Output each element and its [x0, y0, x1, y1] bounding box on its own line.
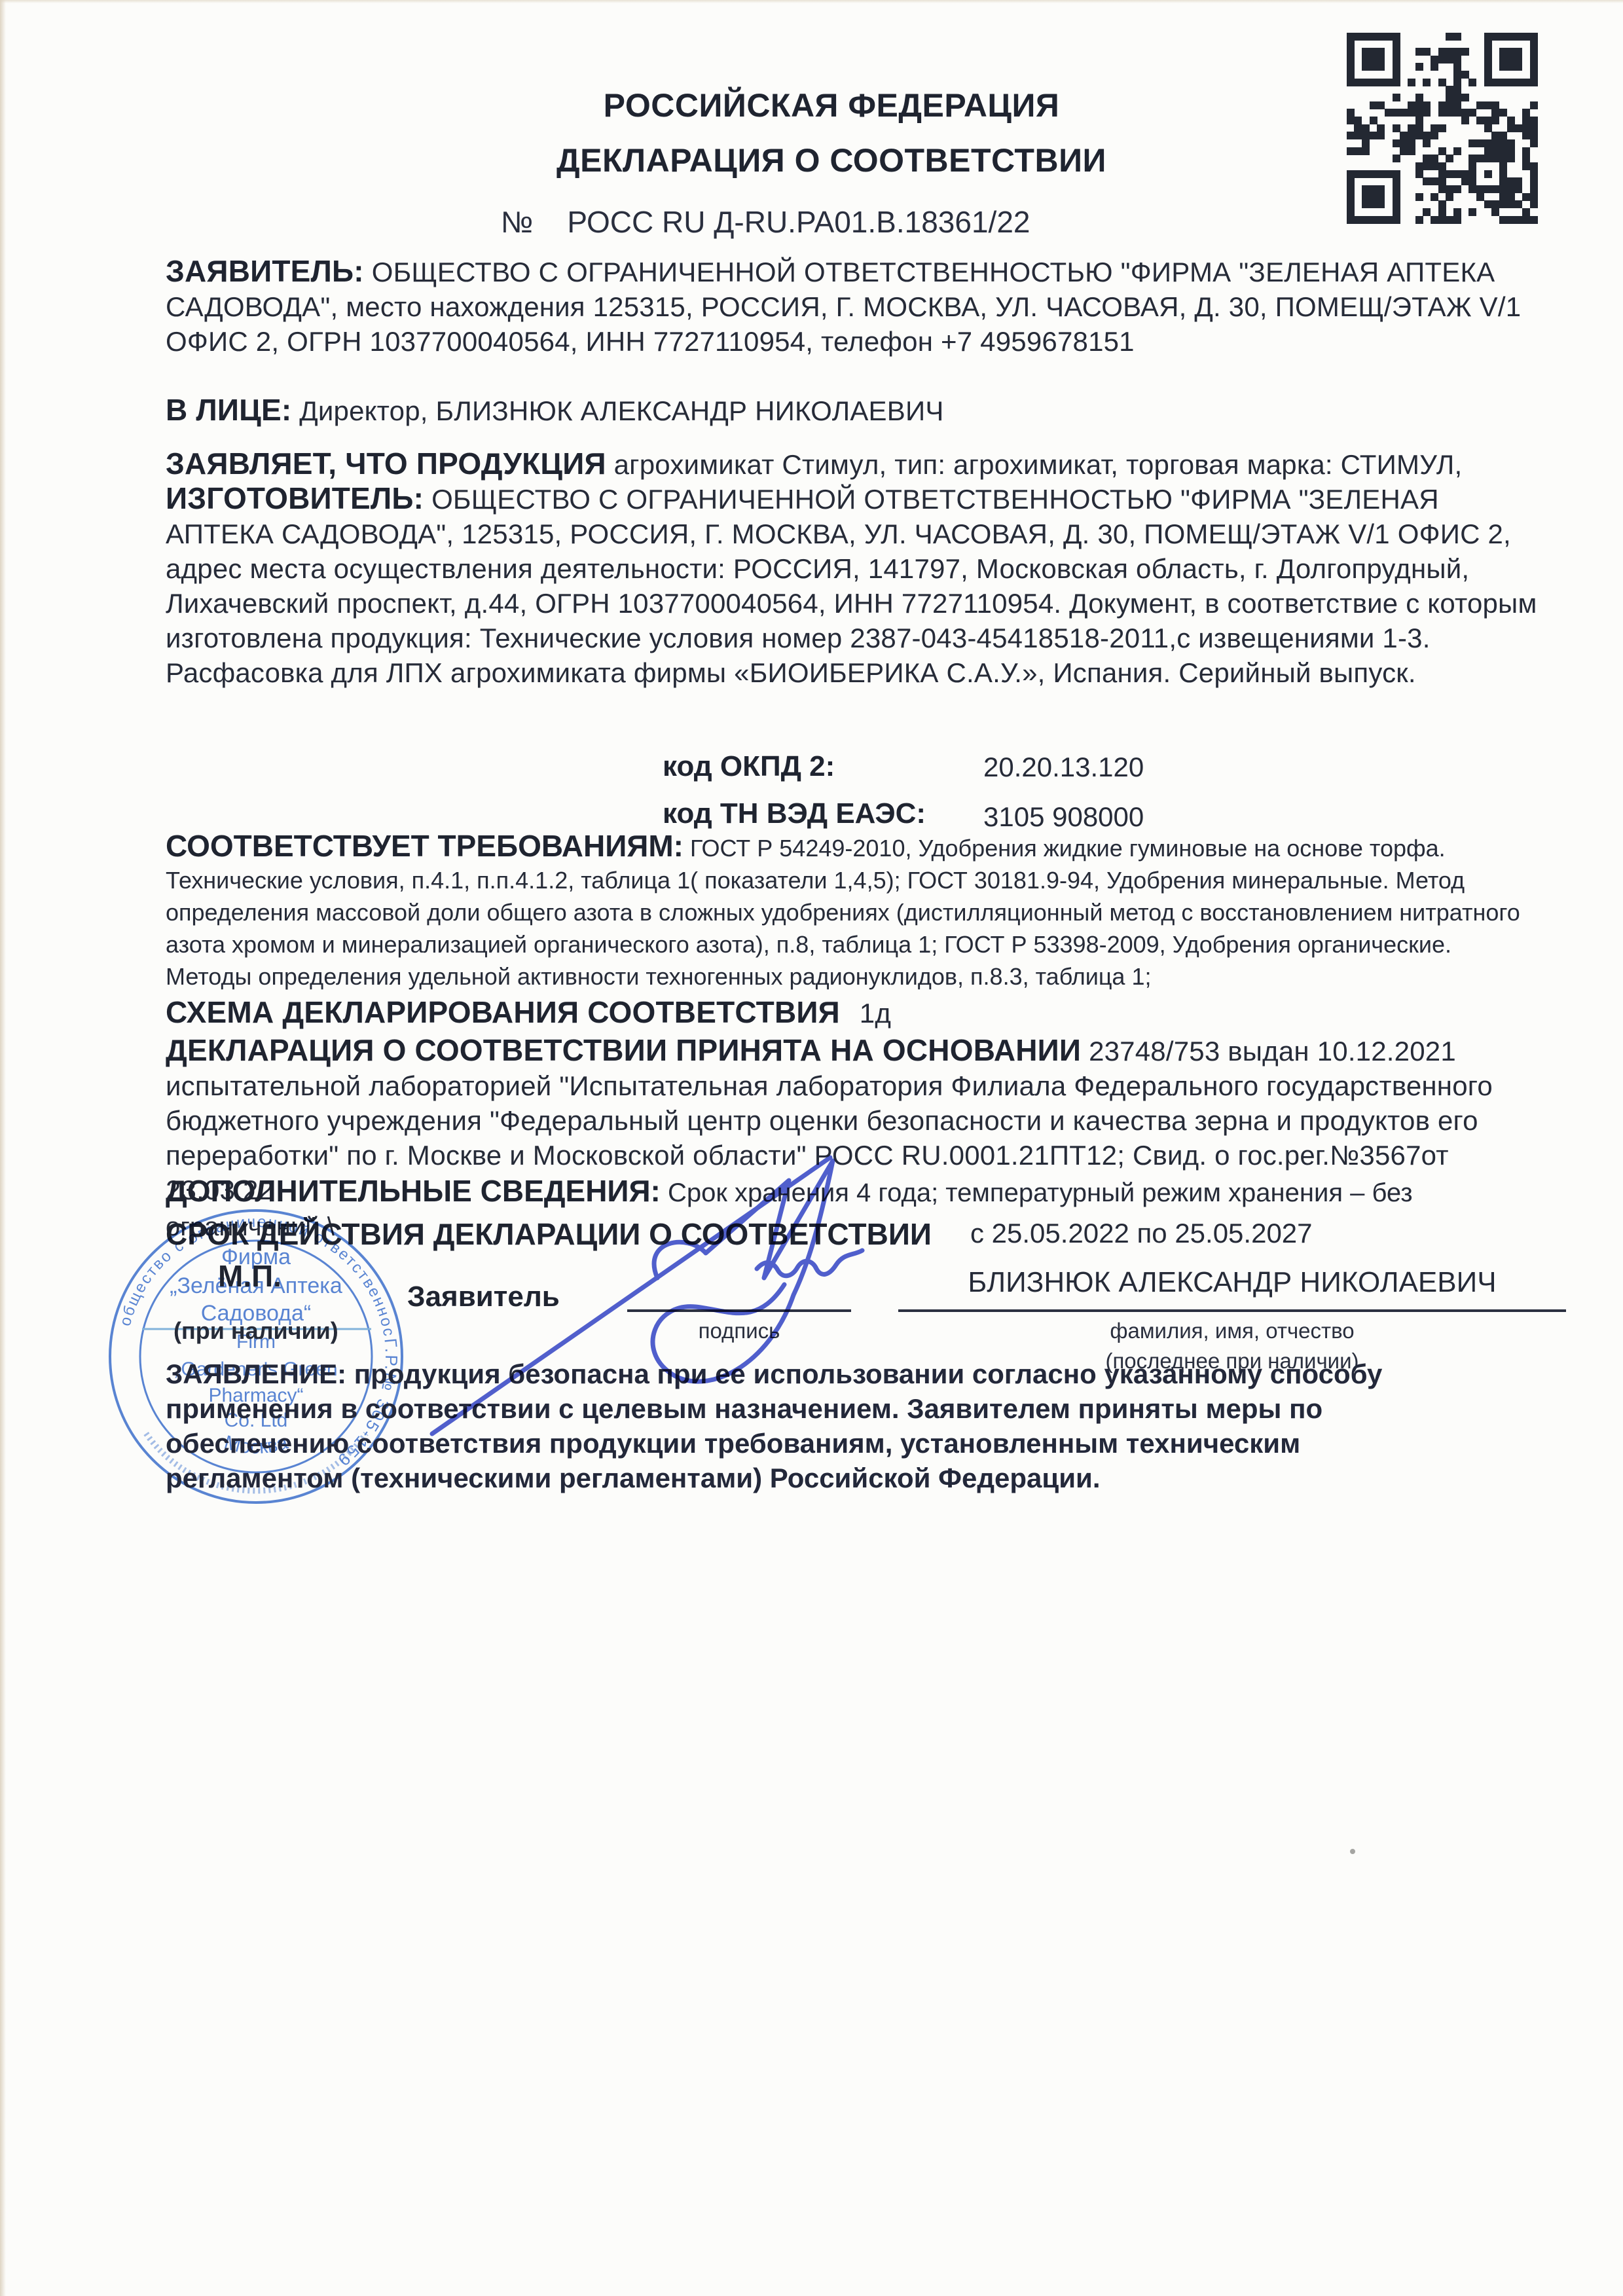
manufacturer-label: ИЗГОТОВИТЕЛЬ: — [166, 481, 424, 515]
statement-label: ЗАЯВЛЕНИЕ: — [166, 1358, 346, 1389]
stamp-place-label: М.П. — [218, 1258, 282, 1294]
okpd-label: код ОКПД 2: — [663, 750, 835, 783]
okpd-value: 20.20.13.120 — [983, 752, 1144, 783]
compliance-paragraph: СООТВЕТСТВУЕТ ТРЕБОВАНИЯМ: ГОСТ Р 54249-… — [166, 830, 1541, 993]
compliance-label: СООТВЕТСТВУЕТ ТРЕБОВАНИЯМ: — [166, 829, 684, 863]
declaration-number: №РОСС RU Д-RU.РА01.В.18361/22 — [501, 204, 1030, 240]
name-line — [898, 1309, 1566, 1312]
basis-label: ДЕКЛАРАЦИЯ О СООТВЕТСТВИИ ПРИНЯТА НА ОСН… — [166, 1033, 1081, 1067]
scheme-label: СХЕМА ДЕКЛАРИРОВАНИЯ СООТВЕТСТВИЯ — [166, 995, 840, 1029]
scan-edge-top — [0, 0, 1623, 3]
qr-code-icon — [1347, 33, 1538, 224]
signature-stroke-main — [653, 1161, 833, 1381]
applicant-paragraph: ЗАЯВИТЕЛЬ: ОБЩЕСТВО С ОГРАНИЧЕННОЙ ОТВЕТ… — [166, 254, 1541, 359]
tnved-value: 3105 908000 — [983, 801, 1144, 833]
stamp-place-note: (при наличии) — [173, 1317, 338, 1345]
applicant-text: ОБЩЕСТВО С ОГРАНИЧЕННОЙ ОТВЕТСТВЕННОСТЬЮ… — [166, 257, 1521, 357]
in-person-label: В ЛИЦЕ: — [166, 393, 291, 427]
applicant-label: ЗАЯВИТЕЛЬ: — [166, 254, 364, 288]
product-line: ЗАЯВЛЯЕТ, ЧТО ПРОДУКЦИЯ агрохимикат Стим… — [166, 446, 1541, 482]
validity-value: с 25.05.2022 по 25.05.2027 — [970, 1218, 1313, 1249]
scan-speck — [1350, 1849, 1355, 1854]
number-label: № — [501, 205, 533, 239]
in-person-line: В ЛИЦЕ: Директор, БЛИЗНЮК АЛЕКСАНДР НИКО… — [166, 393, 1541, 428]
number-value: РОСС RU Д-RU.РА01.В.18361/22 — [567, 205, 1030, 239]
in-person-text: Директор, БЛИЗНЮК АЛЕКСАНДР НИКОЛАЕВИЧ — [299, 395, 943, 426]
signatory-name: БЛИЗНЮК АЛЕКСАНДР НИКОЛАЕВИЧ — [898, 1266, 1566, 1299]
tnved-label: код ТН ВЭД ЕАЭС: — [663, 797, 926, 830]
scheme-value: 1д — [860, 998, 891, 1029]
manufacturer-paragraph: ИЗГОТОВИТЕЛЬ: ОБЩЕСТВО С ОГРАНИЧЕННОЙ ОТ… — [166, 481, 1541, 690]
handwritten-signature — [393, 1106, 903, 1473]
name-caption: фамилия, имя, отчество — [898, 1319, 1566, 1343]
declaration-document: РОССИЙСКАЯ ФЕДЕРАЦИЯ ДЕКЛАРАЦИЯ О СООТВЕ… — [0, 0, 1623, 2296]
scheme-line: СХЕМА ДЕКЛАРИРОВАНИЯ СООТВЕТСТВИЯ 1д — [166, 995, 1541, 1030]
scan-edge-left — [0, 0, 6, 2296]
product-label: ЗАЯВЛЯЕТ, ЧТО ПРОДУКЦИЯ — [166, 446, 606, 481]
product-text: агрохимикат Стимул, тип: агрохимикат, то… — [614, 449, 1463, 480]
